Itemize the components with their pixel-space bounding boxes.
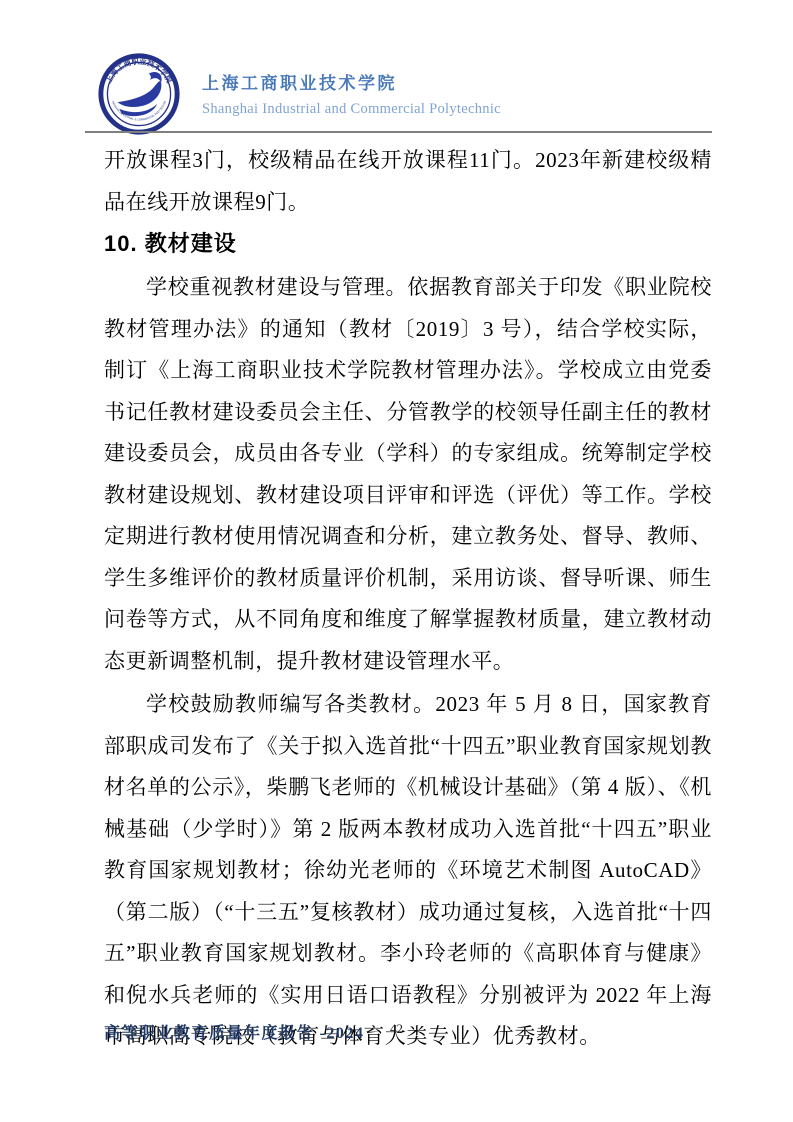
school-name-en: Shanghai Industrial and Commercial Polyt… bbox=[202, 99, 501, 119]
page-number: 42 bbox=[390, 1021, 403, 1037]
report-title: 高等职业教育质量年度报告 -2024 bbox=[104, 1020, 364, 1043]
document-body: 开放课程3门，校级精品在线开放课程11门。2023年新建校级精品在线开放课程9门… bbox=[104, 140, 712, 1058]
paragraph-online-courses: 开放课程3门，校级精品在线开放课程11门。2023年新建校级精品在线开放课程9门… bbox=[104, 140, 712, 223]
paragraph-textbook-awards: 学校鼓励教师编写各类教材。2023 年 5 月 8 日，国家教育部职成司发布了《… bbox=[104, 684, 712, 1058]
school-name-zh: 上海工商职业技术学院 bbox=[202, 73, 501, 95]
page-header: 上海工商职业技术学院 SHANGHAI INDUSTRIAL & COMMERC… bbox=[98, 53, 501, 135]
header-titles: 上海工商职业技术学院 Shanghai Industrial and Comme… bbox=[202, 69, 501, 119]
section-heading: 10. 教材建设 bbox=[104, 230, 712, 258]
document-page: 上海工商职业技术学院 SHANGHAI INDUSTRIAL & COMMERC… bbox=[0, 0, 793, 1122]
header-divider bbox=[85, 131, 712, 133]
paragraph-textbook-management: 学校重视教材建设与管理。依据教育部关于印发《职业院校教材管理办法》的通知（教材〔… bbox=[104, 267, 712, 682]
school-logo-icon: 上海工商职业技术学院 SHANGHAI INDUSTRIAL & COMMERC… bbox=[98, 53, 180, 135]
